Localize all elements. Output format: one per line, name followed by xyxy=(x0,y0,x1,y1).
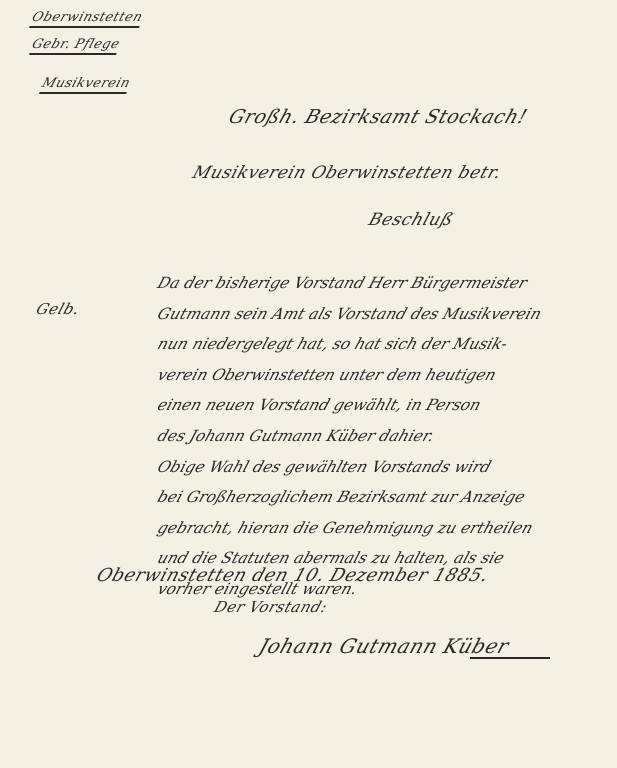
subject-line: Musikverein Oberwinstetten betr. xyxy=(190,163,504,183)
body-line: Gutmann sein Amt als Vorstand des Musikv… xyxy=(153,299,603,330)
marginal-heading-2: Gebr. Pflege xyxy=(30,37,122,52)
place-and-date: Oberwinstetten den 10. Dezember 1885. xyxy=(94,565,491,586)
marginal-heading-1-text: Oberwinstetten xyxy=(29,10,145,28)
body-line: Da der bisherige Vorstand Herr Bürgermei… xyxy=(153,268,603,299)
addressee: Großh. Bezirksamt Stockach! xyxy=(226,106,530,128)
body-line: des Johann Gutmann Küber dahier. xyxy=(153,421,603,452)
body-line: verein Oberwinstetten unter dem heutigen xyxy=(153,360,603,391)
body-text: Da der bisherige Vorstand Herr Bürgermei… xyxy=(158,268,598,605)
body-line: einen neuen Vorstand gewählt, in Person xyxy=(153,390,603,421)
signature-underline xyxy=(470,657,550,659)
document-title: Beschluß xyxy=(366,210,456,230)
body-line: nun niedergelegt hat, so hat sich der Mu… xyxy=(153,329,603,360)
marginal-heading-3: Musikverein xyxy=(40,76,132,91)
body-line: bei Großherzoglichem Bezirksamt zur Anze… xyxy=(153,482,603,513)
marginal-heading-2-text: Gebr. Pflege xyxy=(29,37,122,55)
body-line: gebracht, hieran die Genehmigung zu erth… xyxy=(153,513,603,544)
closing: Der Vorstand: xyxy=(212,598,330,616)
marginal-heading-3-text: Musikverein xyxy=(39,76,132,94)
signature: Johann Gutmann Küber xyxy=(256,634,512,658)
body-line: Obige Wahl des gewählten Vorstands wird xyxy=(153,452,603,483)
marginal-heading-1: Oberwinstetten xyxy=(30,10,145,25)
margin-note: Gelb. xyxy=(34,300,82,318)
